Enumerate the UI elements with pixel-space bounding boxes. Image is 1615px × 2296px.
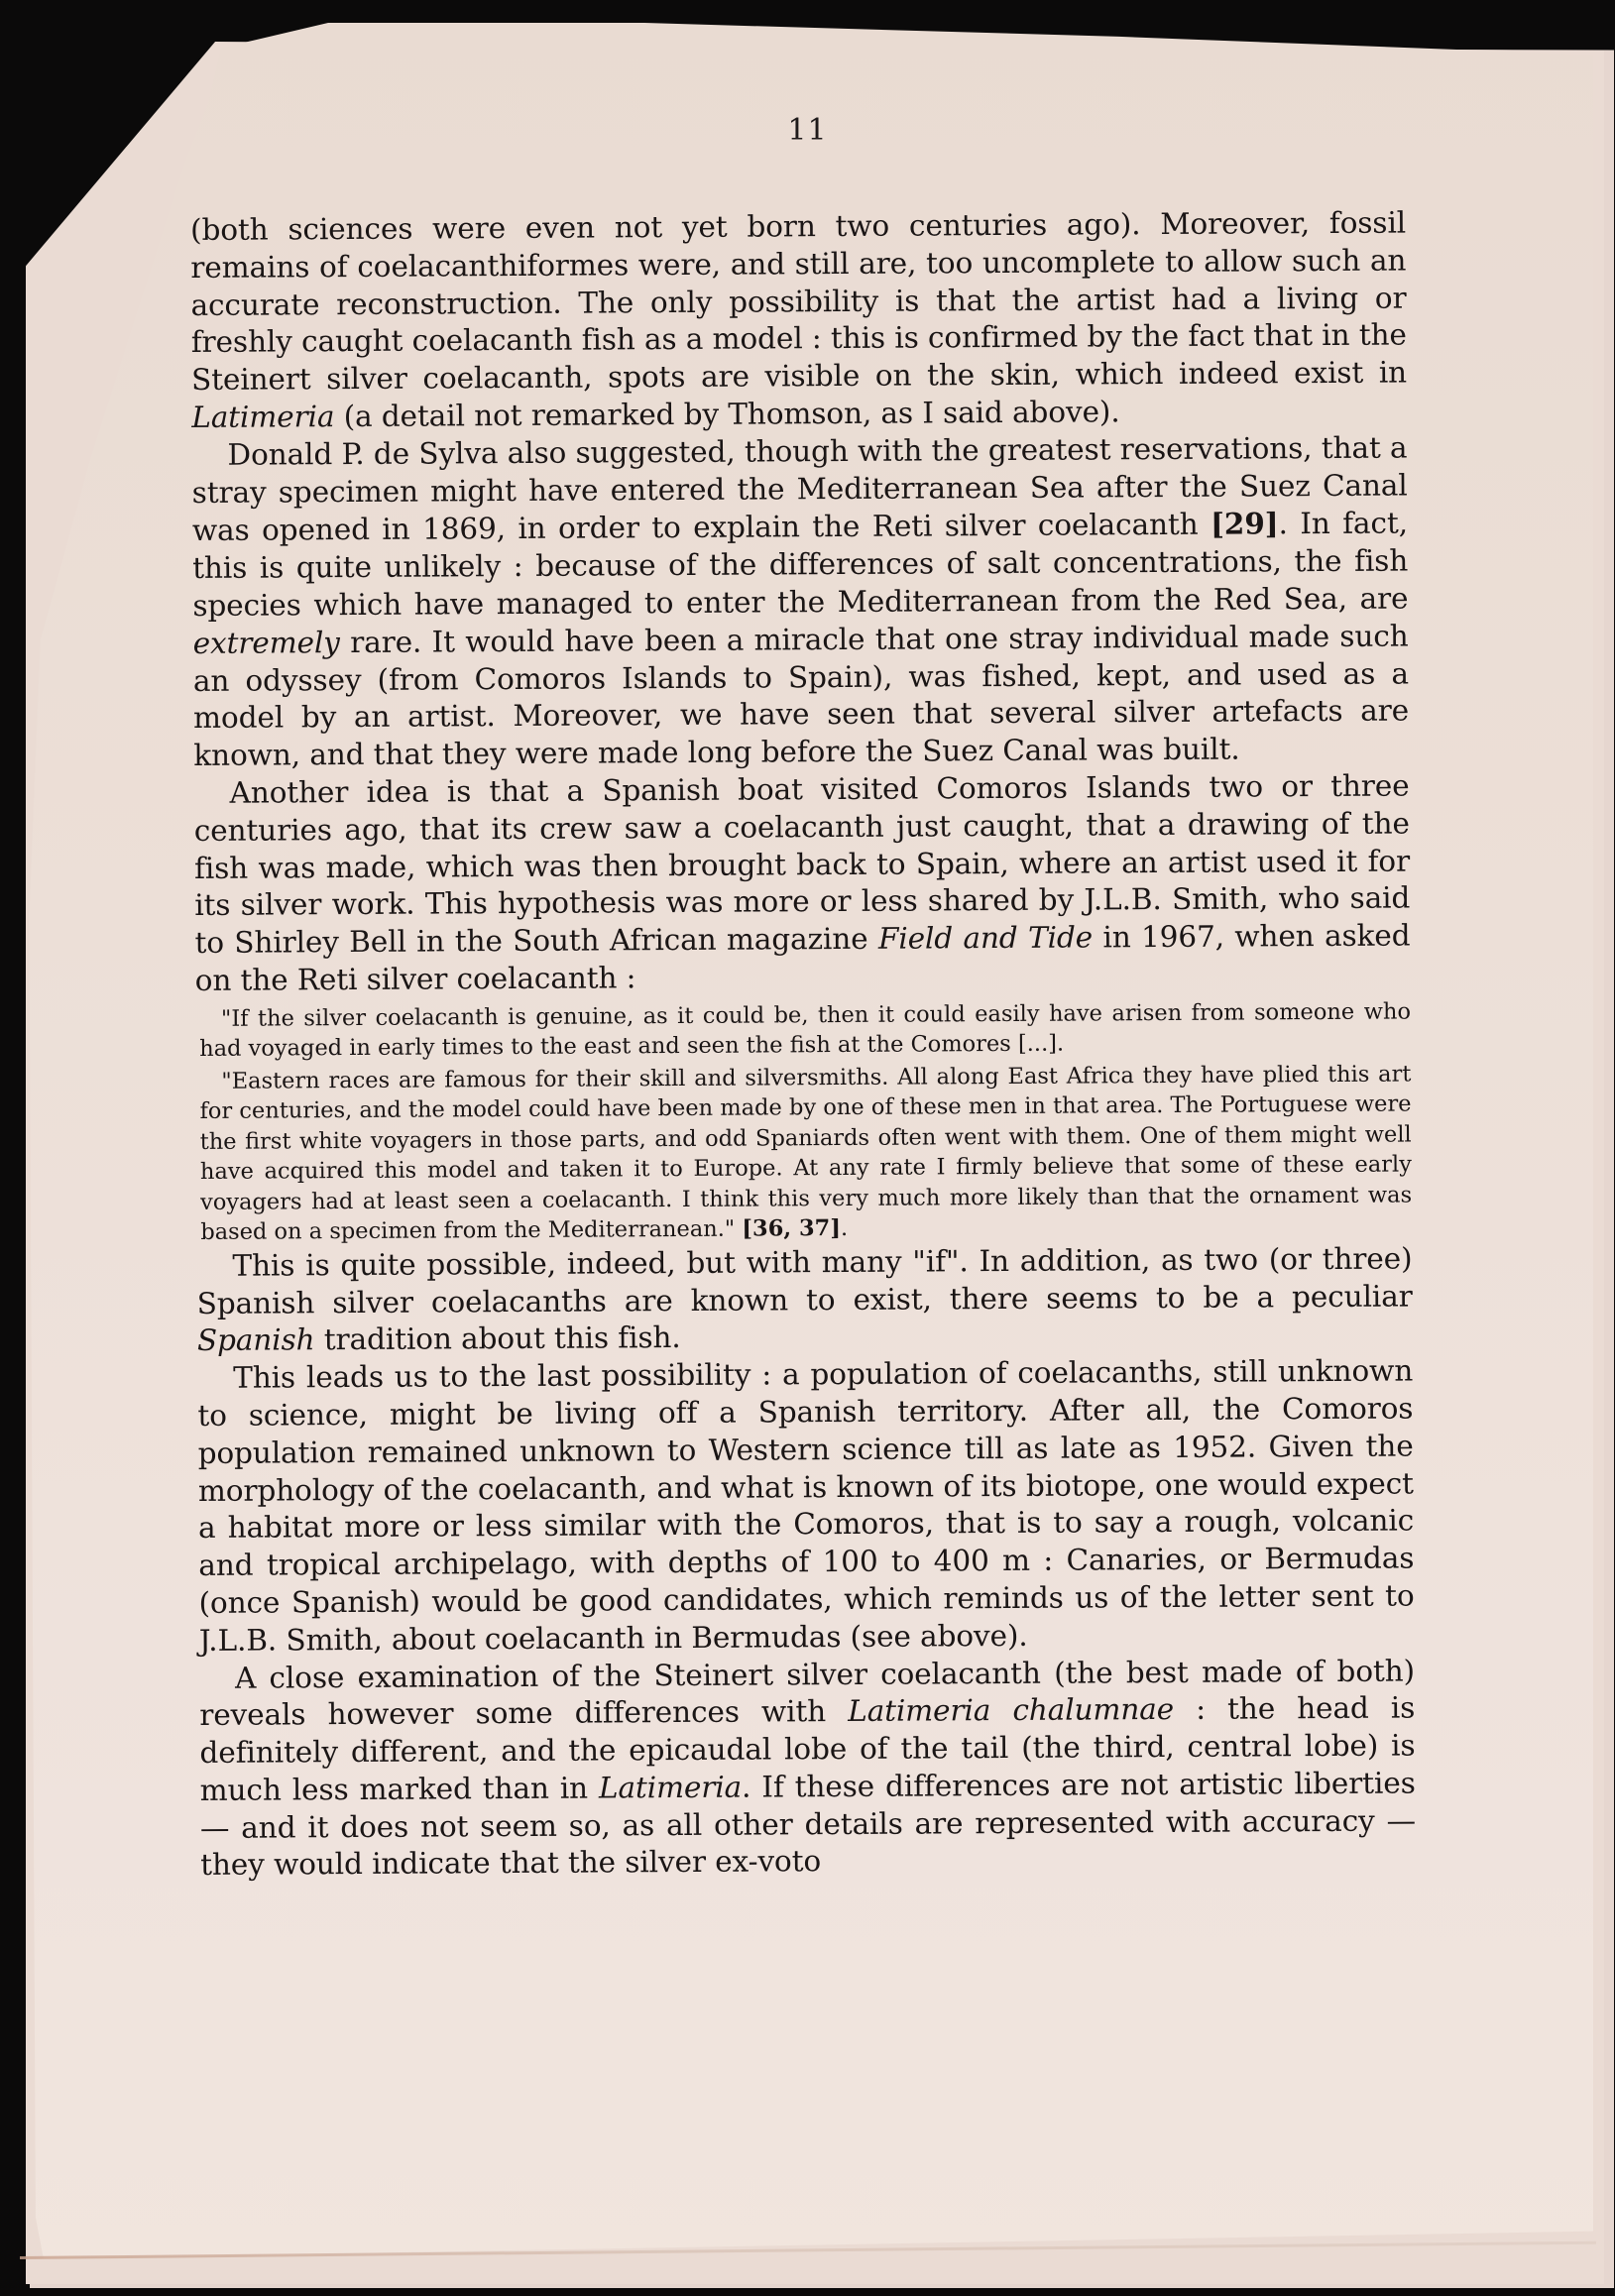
quote-text: "If the silver coelacanth is genuine, as… bbox=[199, 998, 1411, 1062]
paragraph: This leads us to the last possibility : … bbox=[197, 1353, 1415, 1661]
text-run: tradition about this fish. bbox=[314, 1320, 680, 1356]
italic-taxon: Latimeria bbox=[191, 400, 334, 434]
paragraph: Another idea is that a Spanish boat visi… bbox=[193, 767, 1410, 999]
text-run: . bbox=[841, 1215, 848, 1241]
block-quote: "If the silver coelacanth is genuine, as… bbox=[195, 996, 1411, 1064]
italic-taxon: Latimeria bbox=[599, 1771, 742, 1805]
paragraph: (both sciences were even not yet born tw… bbox=[190, 205, 1407, 437]
paragraph: This is quite possible, indeed, but with… bbox=[196, 1240, 1413, 1360]
text-run: (a detail not remarked by Thomson, as I … bbox=[334, 395, 1119, 433]
italic-taxon: Latimeria chalumnae bbox=[848, 1692, 1174, 1728]
body-text: (both sciences were even not yet born tw… bbox=[190, 205, 1416, 1886]
text-run: rare. It would have been a miracle that … bbox=[193, 619, 1409, 772]
paragraph: A close examination of the Steinert silv… bbox=[199, 1653, 1416, 1885]
italic-emphasis: Spanish bbox=[197, 1323, 315, 1358]
italic-emphasis: extremely bbox=[193, 626, 340, 660]
block-quote: "Eastern races are famous for their skil… bbox=[195, 1059, 1412, 1247]
page-number: 11 bbox=[0, 113, 1615, 148]
scan-stage: 11 (both sciences were even not yet born… bbox=[0, 0, 1615, 2296]
text-run: (both sciences were even not yet born tw… bbox=[190, 206, 1407, 398]
paragraph: Donald P. de Sylva also suggested, thoug… bbox=[191, 429, 1409, 775]
italic-magazine-title: Field and Tide bbox=[878, 921, 1093, 956]
text-run: This leads us to the last possibility : … bbox=[197, 1354, 1414, 1658]
text-run: This is quite possible, indeed, but with… bbox=[197, 1241, 1413, 1320]
citation-ref: [36, 37] bbox=[742, 1215, 841, 1242]
citation-ref: [29] bbox=[1211, 507, 1279, 541]
